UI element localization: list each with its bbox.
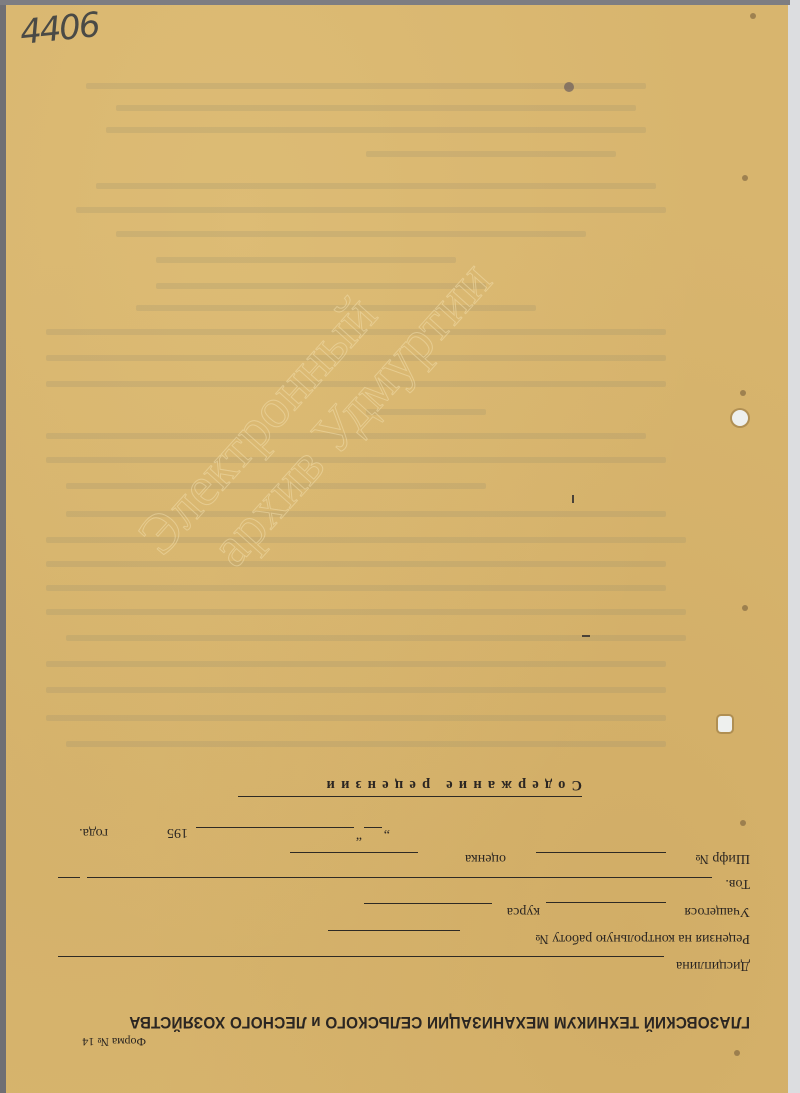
course-label: курса	[507, 903, 540, 919]
student-field[interactable]	[546, 902, 666, 903]
scanner-top-edge	[0, 0, 790, 5]
student-label: Учащегося	[684, 903, 750, 919]
date-day-field[interactable]	[364, 827, 382, 828]
scanner-left-edge	[0, 0, 6, 1093]
discipline-label: Дисциплина	[676, 957, 750, 973]
date-close-quote: “	[356, 827, 362, 843]
grade-field[interactable]	[290, 852, 418, 853]
review-number-field[interactable]	[328, 930, 460, 931]
review-content-title: Содержание рецензии	[320, 776, 582, 793]
scanner-right-strip	[788, 0, 800, 1093]
section-title-rule	[238, 796, 582, 797]
comrade-field[interactable]	[87, 877, 712, 878]
year-suffix: года.	[79, 824, 108, 840]
date-open-quote: „	[384, 827, 390, 843]
discipline-field[interactable]	[58, 956, 664, 957]
document-page: Электронный архив Удмуртии 4406 Форма № …	[6, 5, 788, 1093]
comrade-field-end	[58, 877, 80, 878]
review-number-label: Рецензия на контрольную работу №	[535, 930, 750, 946]
institution-title: ГЛАЗОВСКИЙ ТЕХНИКУМ МЕХАНИЗАЦИИ СЕЛЬСКОГ…	[155, 1012, 750, 1031]
grade-label: оценка	[465, 850, 506, 866]
cipher-label: Шифр №	[695, 850, 750, 866]
course-field[interactable]	[364, 903, 492, 904]
comrade-label: Тов.	[725, 875, 750, 891]
cipher-field[interactable]	[536, 852, 666, 853]
date-month-field[interactable]	[196, 827, 354, 828]
form-content-rotated: Форма № 14 ГЛАЗОВСКИЙ ТЕХНИКУМ МЕХАНИЗАЦ…	[6, 5, 788, 1093]
year-prefix: 195	[167, 824, 188, 840]
form-number: Форма № 14	[82, 1034, 146, 1049]
